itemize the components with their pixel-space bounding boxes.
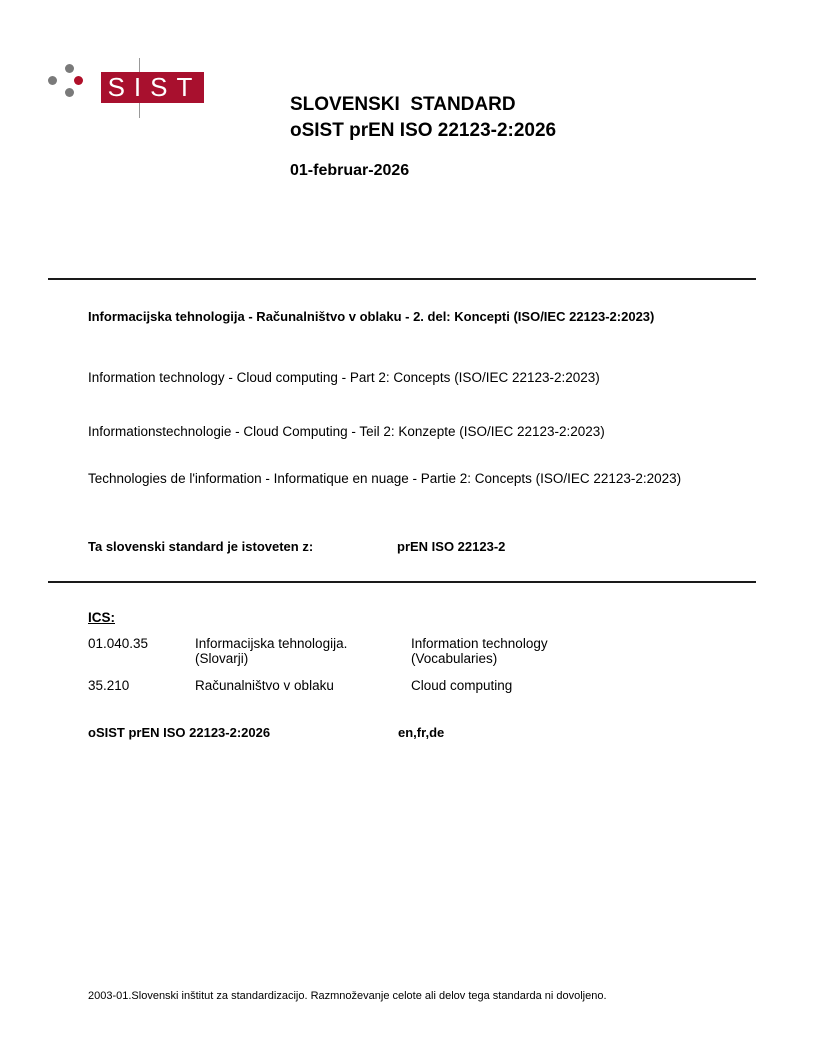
title-english: Information technology - Cloud computing… — [88, 370, 600, 385]
identical-value: prEN ISO 22123-2 — [397, 539, 505, 554]
logo-dots-icon — [48, 64, 84, 112]
title-german: Informationstechnologie - Cloud Computin… — [88, 424, 605, 439]
ics-description-en: Cloud computing — [411, 678, 512, 693]
ics-description-sl: Informacijska tehnologija. (Slovarji) — [195, 636, 385, 666]
sist-logo: SIST — [101, 72, 204, 103]
divider-middle — [48, 581, 756, 583]
publication-date: 01-februar-2026 — [290, 162, 409, 180]
ics-label: ICS: — [88, 610, 115, 625]
document-type: SLOVENSKI STANDARD — [290, 94, 516, 116]
standard-code: oSIST prEN ISO 22123-2:2026 — [290, 120, 556, 142]
languages: en,fr,de — [398, 725, 444, 740]
title-slovenian: Informacijska tehnologija - Računalništv… — [88, 309, 728, 324]
identical-label: Ta slovenski standard je istoveten z: — [88, 539, 313, 554]
ics-description-en: Information technology (Vocabularies) — [411, 636, 591, 666]
ics-description-sl: Računalništvo v oblaku — [195, 678, 334, 693]
ics-code: 01.040.35 — [88, 636, 148, 651]
bottom-standard-code: oSIST prEN ISO 22123-2:2026 — [88, 725, 270, 740]
ics-code: 35.210 — [88, 678, 129, 693]
copyright-footer: 2003-01.Slovenski inštitut za standardiz… — [88, 990, 607, 1002]
divider-top — [48, 278, 756, 280]
title-french: Technologies de l'information - Informat… — [88, 471, 728, 487]
